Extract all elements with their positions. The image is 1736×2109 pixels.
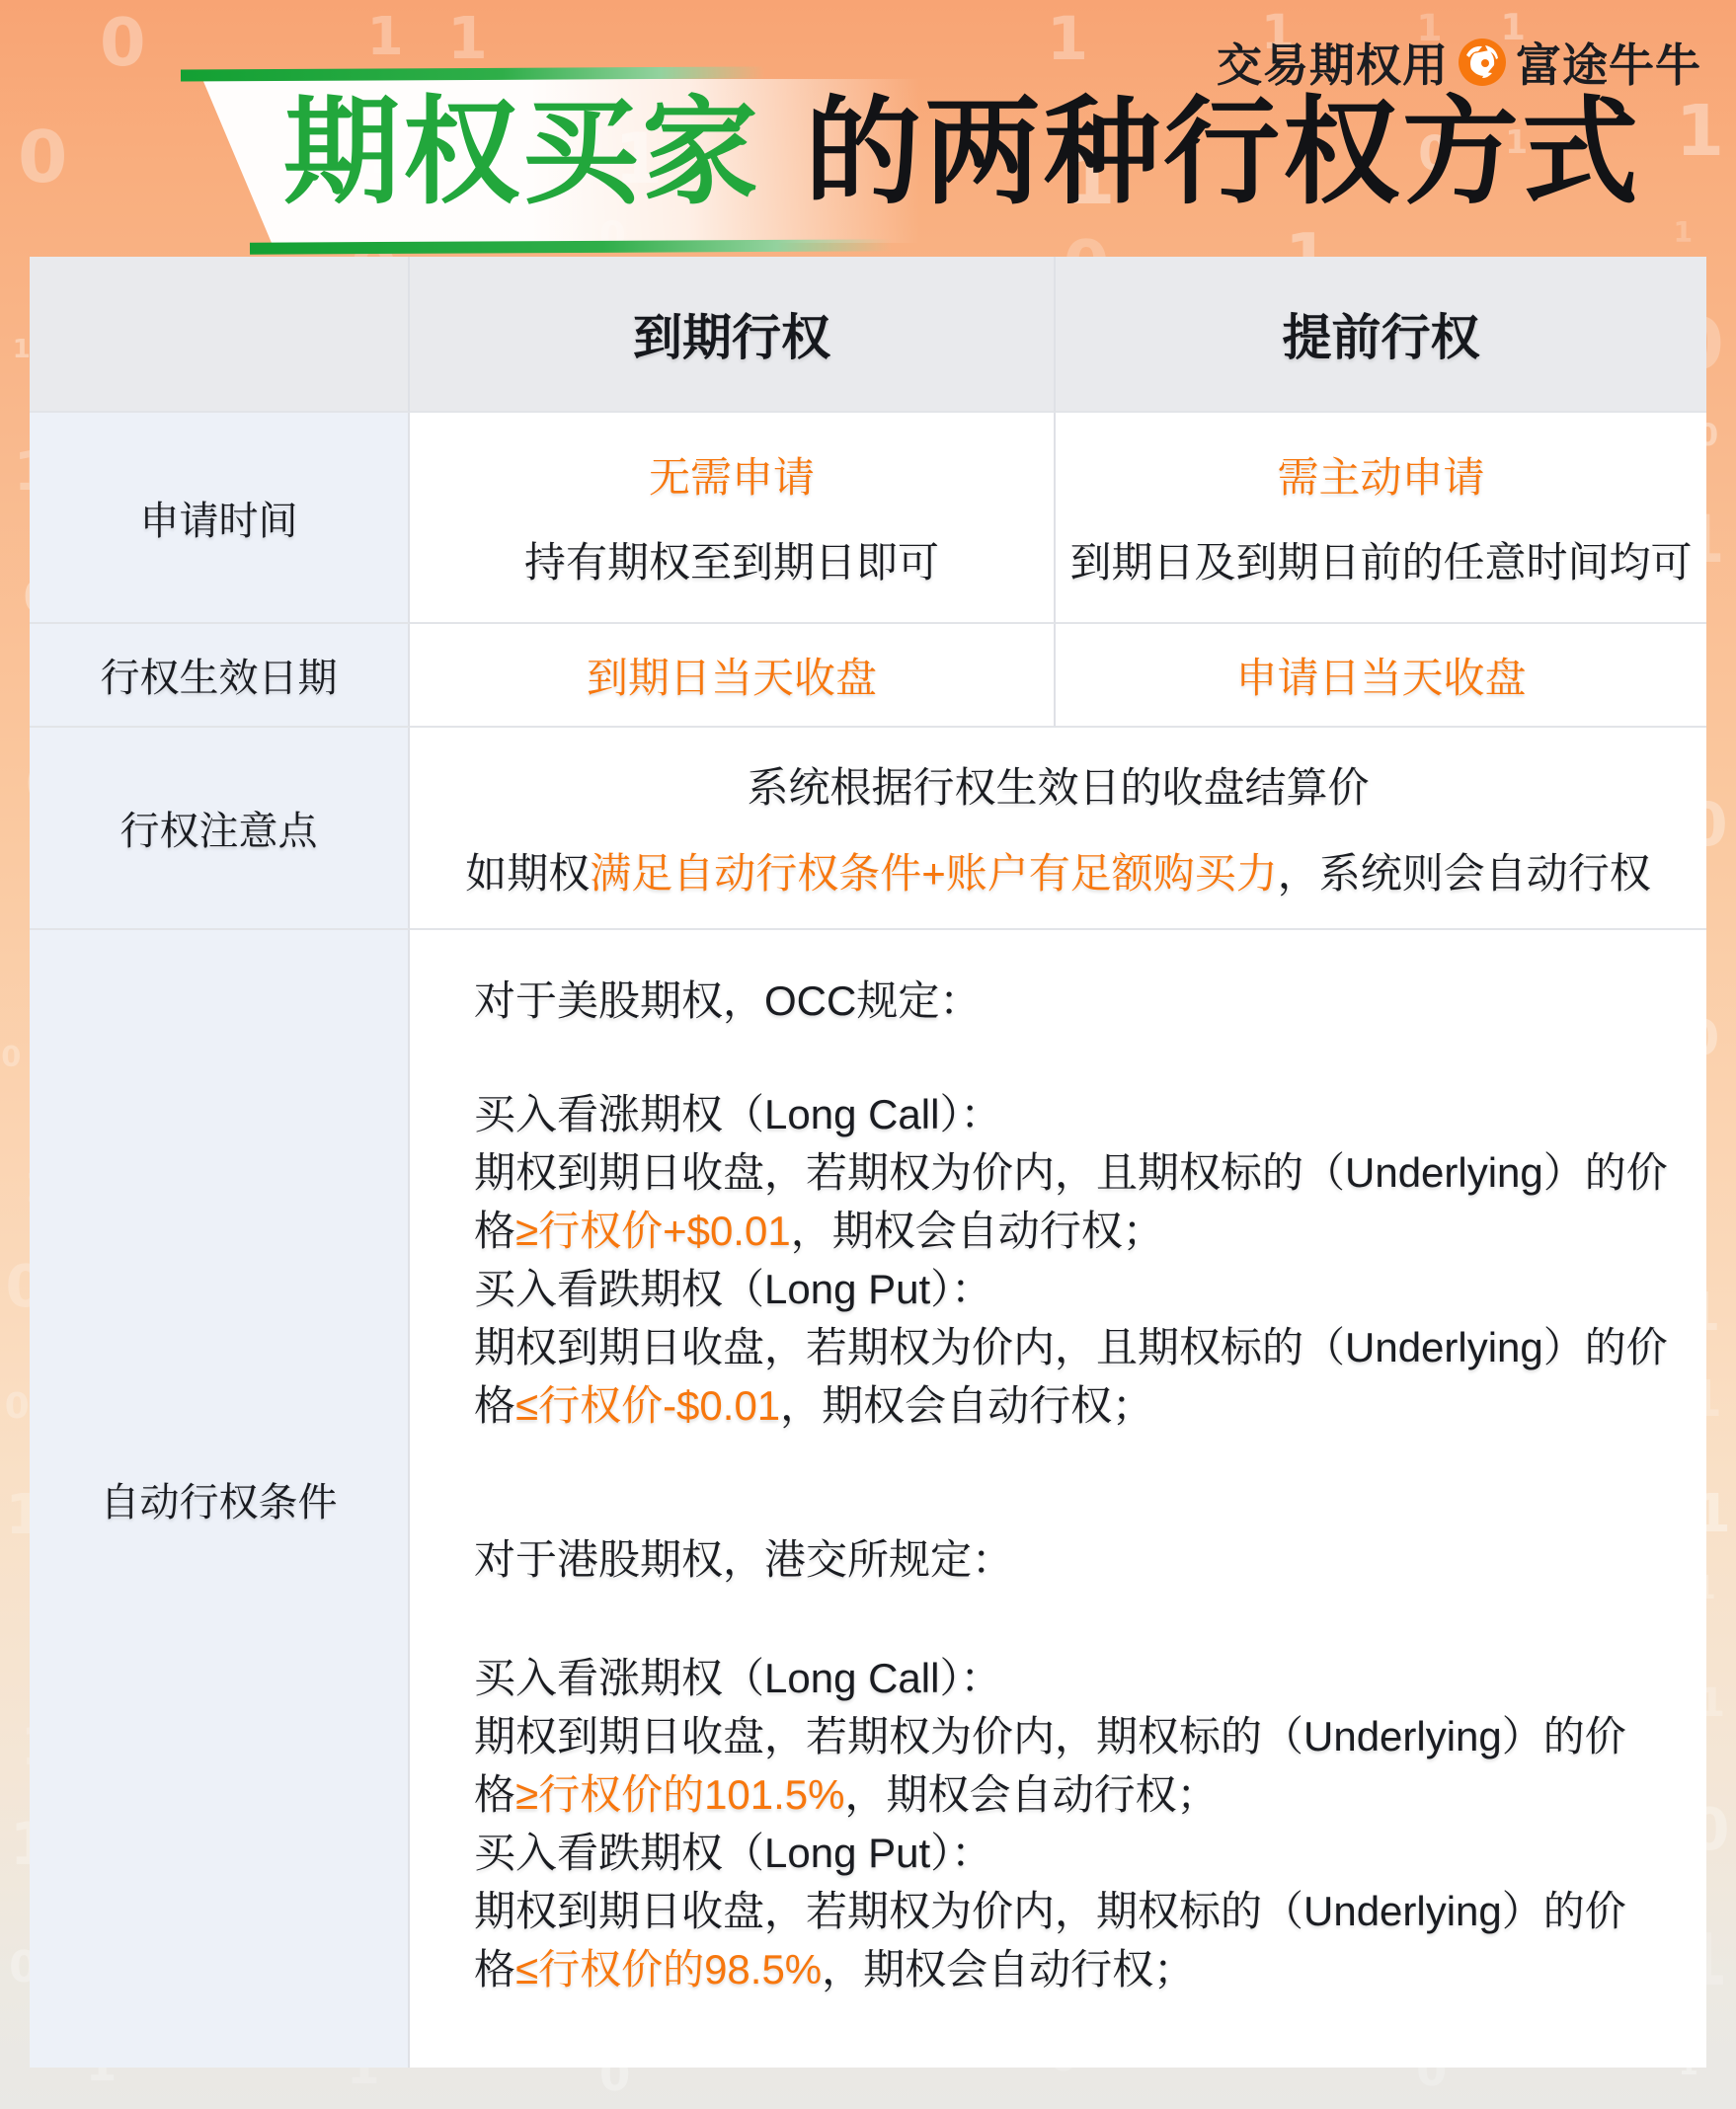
- rich-text-line: 期权到期日收盘，若期权为价内，期权标的（Underlying）的价: [474, 1882, 1626, 1940]
- cell-early-effective-date: 申请日当天收盘: [1056, 624, 1706, 728]
- rich-text-line: 期权到期日收盘，若期权为价内，期权标的（Underlying）的价: [474, 1707, 1626, 1765]
- note-line2: 如期权满足自动行权条件+账户有足额购买力，系统则会自动行权: [465, 841, 1651, 900]
- rich-text-line: 对于美股期权，OCC规定：: [474, 972, 981, 1030]
- binary-digit: 0: [1, 1043, 21, 1071]
- futu-bull-logo-icon: [1459, 39, 1506, 86]
- comparison-table: 到期行权 提前行权 申请时间 无需申请 持有期权至到期日即可 需主动申请 到期日…: [30, 257, 1706, 2068]
- brand-header: 交易期权用 富途牛牛: [1217, 30, 1701, 95]
- rich-text-line: 买入看跌期权（Long Put）：: [474, 1260, 992, 1318]
- cell-expiry-application-time: 无需申请 持有期权至到期日即可: [410, 413, 1056, 624]
- table-header-expiry-exercise: 到期行权: [410, 257, 1056, 413]
- note-line1: 系统根据行权生效日的收盘结算价: [747, 755, 1369, 815]
- row-label-application-time: 申请时间: [30, 413, 410, 624]
- cell-early-application-time: 需主动申请 到期日及到期日前的任意时间均可: [1056, 413, 1706, 624]
- cell-expiry-effective-date: 到期日当天收盘: [410, 624, 1056, 728]
- binary-digit: 1: [13, 337, 31, 362]
- binary-digit: 0: [5, 1389, 30, 1425]
- row-label-exercise-notes: 行权注意点: [30, 728, 410, 930]
- options-exercise-infographic: 0110010100111100100100001101000001110110…: [0, 0, 1736, 2109]
- rich-text-line: 对于港股期权，港交所规定：: [474, 1530, 1013, 1589]
- cell-detail: 持有期权至到期日即可: [524, 530, 939, 589]
- rich-text-line: 格≤行权价-$0.01，期权会自动行权；: [474, 1376, 1153, 1435]
- note-line2-highlight: 满足自动行权条件+账户有足额购买力: [590, 850, 1278, 897]
- cell-headline: 无需申请: [649, 445, 815, 505]
- rich-text-line: 期权到期日收盘，若期权为价内，且期权标的（Underlying）的价: [474, 1318, 1668, 1376]
- cell-detail: 到期日及到期日前的任意时间均可: [1069, 530, 1692, 589]
- title-rest-text: 的两种行权方式: [805, 88, 1641, 218]
- table-header-empty: [30, 257, 410, 413]
- row-label-effective-date: 行权生效日期: [30, 624, 410, 728]
- brand-slogan: 交易期权用: [1217, 30, 1449, 95]
- brand-name: 富途牛牛: [1516, 30, 1701, 95]
- cell-auto-exercise-conditions: 对于美股期权，OCC规定：买入看涨期权（Long Call）：期权到期日收盘，若…: [410, 930, 1706, 2068]
- cell-exercise-notes: 系统根据行权生效日的收盘结算价 如期权满足自动行权条件+账户有足额购买力，系统则…: [410, 728, 1706, 930]
- rich-text-line: 期权到期日收盘，若期权为价内，且期权标的（Underlying）的价: [474, 1143, 1668, 1202]
- title-band-bottom-bar: [250, 239, 892, 254]
- page-title: 期权买家的两种行权方式: [283, 85, 1641, 222]
- rich-text-line: 格≤行权价的98.5%，期权会自动行权；: [474, 1940, 1195, 1998]
- table-header-early-exercise: 提前行权: [1056, 257, 1706, 413]
- rich-text-line: 买入看涨期权（Long Call）：: [474, 1085, 1001, 1143]
- title-highlight-text: 期权买家: [283, 88, 761, 218]
- rich-text-line: 格≥行权价的101.5%，期权会自动行权；: [474, 1765, 1219, 1824]
- row-label-auto-exercise-conditions: 自动行权条件: [30, 930, 410, 2068]
- rich-text-line: 买入看跌期权（Long Put）：: [474, 1824, 992, 1882]
- rich-text-line: 格≥行权价+$0.01，期权会自动行权；: [474, 1202, 1164, 1260]
- cell-headline: 申请日当天收盘: [1235, 646, 1526, 705]
- cell-headline: 到期日当天收盘: [587, 646, 877, 705]
- rich-text-line: 买入看涨期权（Long Call）：: [474, 1649, 1001, 1707]
- cell-headline: 需主动申请: [1277, 445, 1484, 505]
